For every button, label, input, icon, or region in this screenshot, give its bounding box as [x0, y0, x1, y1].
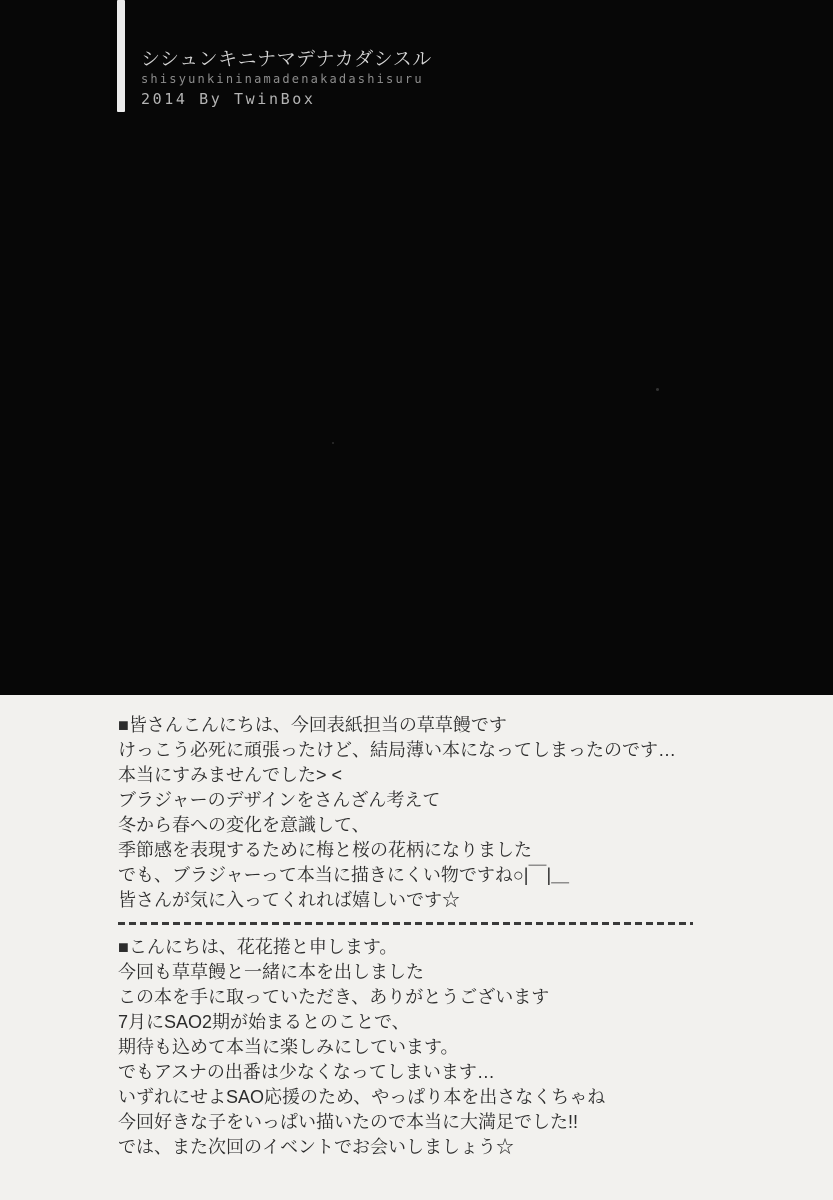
comment-line: でもアスナの出番は少なくなってしまいます…: [118, 1060, 718, 1085]
scan-speck: [656, 388, 659, 391]
artist2-comment-block: ■こんにちは、花花捲と申します。 今回も草草饅と一緒に本を出しました この本を手…: [118, 935, 718, 1160]
comment-line: ■皆さんこんにちは、今回表紙担当の草草饅です: [118, 713, 718, 738]
afterword-panel: ■皆さんこんにちは、今回表紙担当の草草饅です けっこう必死に頑張ったけど、結局薄…: [0, 695, 833, 1200]
comment-line: 7月にSAO2期が始まるとのことで、: [118, 1010, 718, 1035]
comment-line: 季節感を表現するために梅と桜の花柄になりました: [118, 838, 718, 863]
comment-line: でも、ブラジャーって本当に描きにくい物ですね○|￣|＿: [118, 863, 718, 888]
book-title: シシュンキニナマデナカダシスル: [141, 49, 432, 70]
comment-line: この本を手に取っていただき、ありがとうございます: [118, 985, 718, 1010]
scan-speck: [332, 442, 334, 444]
artist1-comment-block: ■皆さんこんにちは、今回表紙担当の草草饅です けっこう必死に頑張ったけど、結局薄…: [118, 713, 718, 913]
dashed-divider: [118, 922, 693, 925]
book-title-romaji: shisyunkininamadenakadashisuru: [141, 72, 432, 86]
comment-line: では、また次回のイベントでお会いしましょう☆: [118, 1135, 718, 1160]
year-circle-credit: 2014 By TwinBox: [141, 91, 432, 108]
comment-line: けっこう必死に頑張ったけど、結局薄い本になってしまったのです…: [118, 738, 718, 763]
comment-line: 今回も草草饅と一緒に本を出しました: [118, 960, 718, 985]
comment-line: 冬から春への変化を意識して、: [118, 813, 718, 838]
comment-line: ブラジャーのデザインをさんざん考えて: [118, 788, 718, 813]
comment-line: 今回好きな子をいっぱい描いたので本当に大満足でした!!: [118, 1110, 718, 1135]
title-group: シシュンキニナマデナカダシスル shisyunkininamadenakadas…: [141, 49, 432, 108]
afterword-text: ■皆さんこんにちは、今回表紙担当の草草饅です けっこう必死に頑張ったけど、結局薄…: [118, 713, 718, 1160]
title-panel: シシュンキニナマデナカダシスル shisyunkininamadenakadas…: [0, 0, 833, 695]
comment-line: ■こんにちは、花花捲と申します。: [118, 935, 718, 960]
accent-bar-decoration: [117, 0, 125, 112]
comment-line: いずれにせよSAO応援のため、やっぱり本を出さなくちゃね: [118, 1085, 718, 1110]
comment-line: 期待も込めて本当に楽しみにしています。: [118, 1035, 718, 1060]
doujin-afterword-page: シシュンキニナマデナカダシスル shisyunkininamadenakadas…: [0, 0, 833, 1200]
comment-line: 本当にすみませんでした> <: [118, 763, 718, 788]
comment-line: 皆さんが気に入ってくれれば嬉しいです☆: [118, 888, 718, 913]
